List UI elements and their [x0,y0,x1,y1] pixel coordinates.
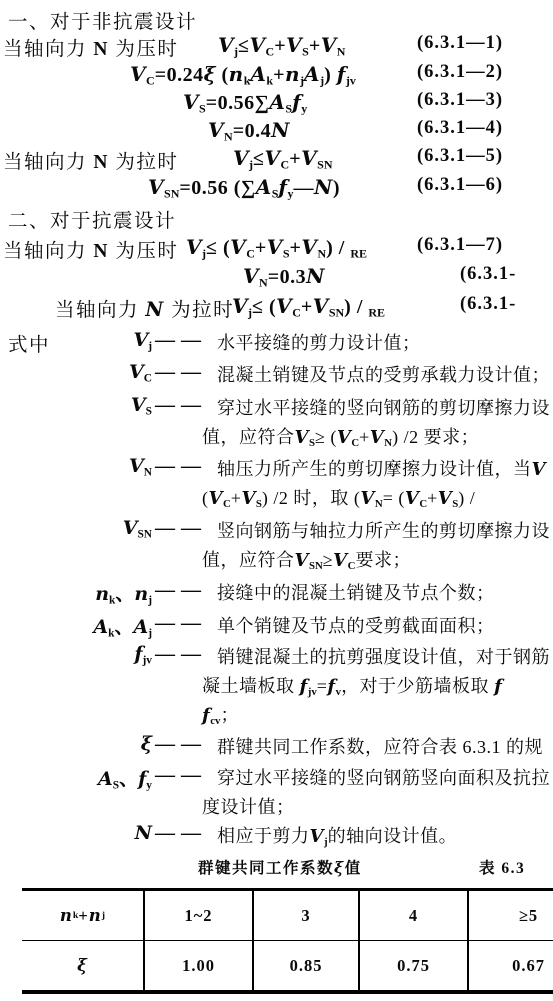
def-vj-text: 水平接缝的剪力设计值； [217,329,421,355]
table-title-line-text: 群键共同工作系数ξ值 [198,856,362,878]
table-cell: 1~2 [143,891,252,940]
definition-dash: —— [155,643,207,666]
definition-dash: —— [155,361,207,384]
table-cell: 0.67 [467,941,553,990]
def-vs-text: VS [0,394,152,417]
document-page: 一、对于非抗震设计当轴向力 N 为压时Vj≤VC+VS+VN(6.3.1—1)V… [0,0,553,1001]
def-as-fy-text: 穿过水平接缝的竖向钢筋竖向面积及抗拉 [217,764,550,790]
eq-6319-line-text: Vj≤ (VC+VSN) / RE [232,294,385,321]
definition-dash: —— [155,329,207,352]
def-fjv-cont1-text: 凝土墙板取 fjv=fv，对于少筋墙板取 f [202,672,502,698]
table-cell: 3 [252,891,358,940]
eq-6314-line-text: VN=0.4N [208,118,290,145]
def-xi-text: ξ [0,733,152,756]
eq-6319-line-text: 当轴向力 N 为拉时 [55,294,234,322]
eq-6313-line-text: (6.3.1—3) [417,90,503,111]
definition-dash: —— [155,455,207,478]
table-cell: 0.85 [252,941,358,990]
def-vn-text: 轴压力所产生的剪切摩擦力设计值，当V [217,455,546,481]
def-nk-nj-text: 接缝中的混凝土销键及节点个数； [217,579,495,605]
eq-6316-line-text: VSN=0.56 (∑ASfy—N) [148,175,340,202]
def-as-fy-text: AS、fy [0,764,152,791]
definition-dash: —— [155,733,207,756]
def-n-text: N [0,822,152,845]
eq-6313-line-text: VS=0.56∑ASfy [183,90,307,117]
eq-6315-line-text: Vj≤VC+VSN [233,146,333,173]
def-fjv-cont2-text: fcv； [202,701,239,727]
eq-6318-line-text: (6.3.1- [460,264,516,285]
def-vsn-text: 竖向钢筋与轴拉力所产生的剪切摩擦力设 [217,517,550,543]
eq-6314-line-text: (6.3.1—4) [417,118,503,139]
def-n-text: 相应于剪力Vj的轴向设计值。 [217,822,457,848]
def-ak-aj-text: 单个销键及节点的受剪截面面积； [217,612,495,638]
eq-6316-line-text: (6.3.1—6) [417,175,503,196]
coefficient-table: nk+nj1~234≥5 ξ1.000.850.750.67 [22,888,553,994]
def-ak-aj-text: Ak、Aj [0,612,152,639]
definition-dash: —— [155,612,207,635]
eq-6315-line-text: 当轴向力 N 为拉时 [3,146,178,174]
def-vn-text: VN [0,455,152,478]
def-vc-text: VC [0,361,152,384]
table-title-line-text: 表 6.3 [479,856,525,878]
table-header-row: nk+nj1~234≥5 [22,891,553,941]
definition-dash: —— [155,394,207,417]
table-cell: ξ [22,941,143,990]
eq-6317-line-text: 当轴向力 N 为压时 [3,235,178,263]
section-heading-seismic-text: 二、对于抗震设计 [8,205,176,233]
def-vsn-cont-text: 值，应符合VSN≥VC要求； [202,546,411,572]
eq-6317-line-text: Vj≤ (VC+VS+VN) / RE [186,235,367,262]
eq-6311-line-text: 当轴向力 N 为压时 [3,33,178,61]
eq-6312-line-text: (6.3.1—2) [417,62,503,83]
eq-6315-line-text: (6.3.1—5) [417,146,503,167]
eq-6312-line-text: VC=0.24ξ (nkAk+njAj) fjv [130,62,356,89]
definition-dash: —— [155,579,207,602]
def-vsn-text: VSN [0,517,152,540]
table-cell: 4 [358,891,467,940]
definition-dash: —— [155,517,207,540]
definition-dash: —— [155,822,207,845]
eq-6317-line-text: (6.3.1—7) [417,235,503,256]
eq-6311-line-text: (6.3.1—1) [417,33,503,54]
eq-6319-line-text: (6.3.1- [460,294,516,315]
eq-6318-line-text: VN=0.3N [243,264,325,291]
def-nk-nj-text: nk、nj [0,579,152,606]
def-vs-text: 穿过水平接缝的竖向钢筋的剪切摩擦力设 [217,394,550,420]
def-vj-text: Vj [0,329,152,352]
def-fjv-text: fjv [0,643,152,666]
def-xi-text: 群键共同工作系数，应符合表 6.3.1 的规 [217,733,543,759]
table-cell: ≥5 [467,891,553,940]
table-cell: 1.00 [143,941,252,990]
def-vn-cont-text: (VC+VS) /2 时，取 (VN= (VC+VS) / [202,484,475,510]
table-cell: nk+nj [22,891,143,940]
def-vc-text: 混凝土销键及节点的受剪承载力设计值； [217,361,550,387]
definition-dash: —— [155,764,207,787]
def-fjv-text: 销键混凝土的抗剪强度设计值，对于钢筋 [217,643,550,669]
eq-6311-line-text: Vj≤VC+VS+VN [218,33,345,60]
table-value-row: ξ1.000.850.750.67 [22,941,553,990]
def-as-fy-cont-text: 度设计值； [202,793,295,819]
section-heading-non-seismic-text: 一、对于非抗震设计 [8,6,197,34]
table-cell: 0.75 [358,941,467,990]
def-vs-cont-text: 值，应符合VS≥ (VC+VN) /2 要求； [202,423,479,449]
